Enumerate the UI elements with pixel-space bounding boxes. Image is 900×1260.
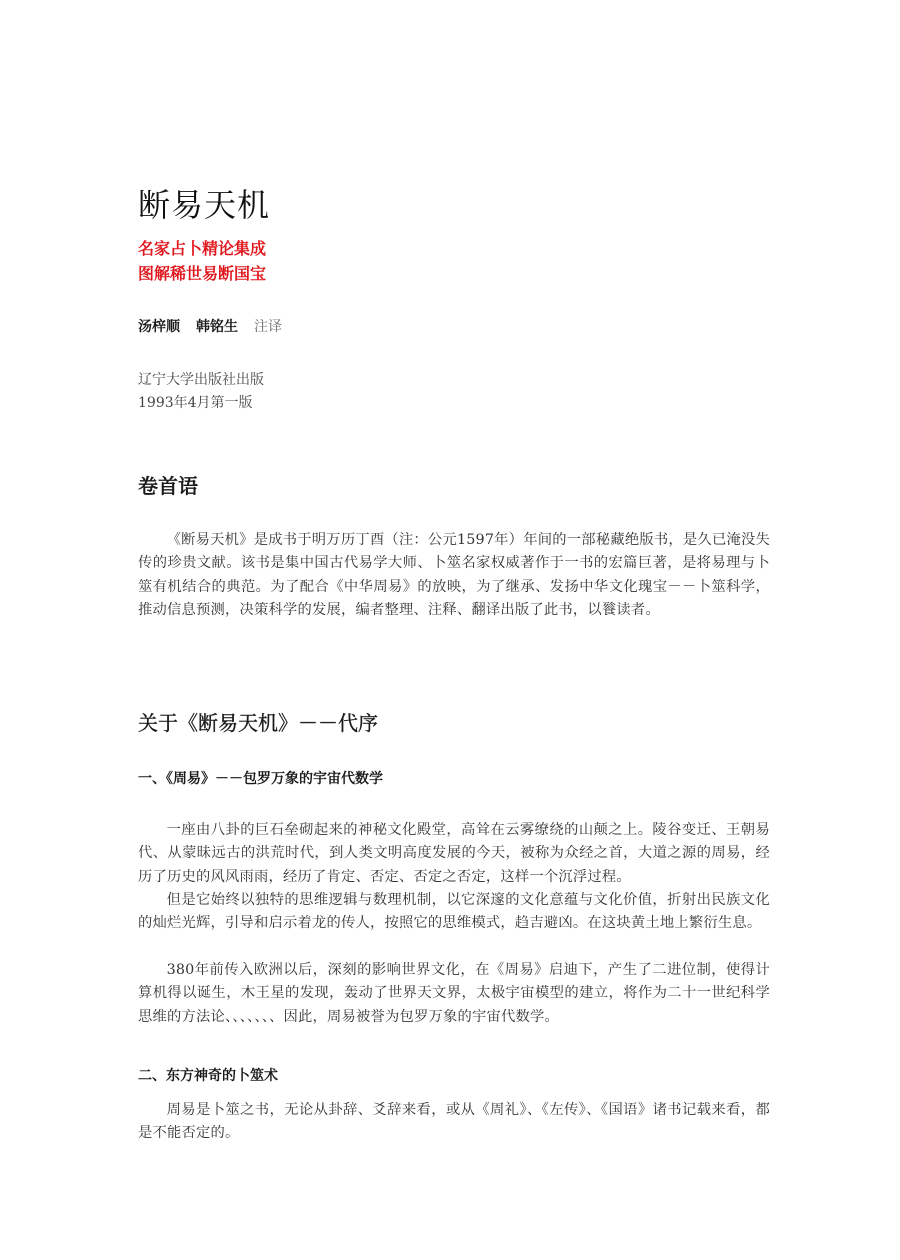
preface-paragraph: 《断易天机》是成书于明万历丁酉（注：公元1597年）年间的一部秘藏绝版书，是久已… [138, 529, 770, 623]
subsection-heading-2: 二、东方神奇的卜筮术 [138, 1065, 278, 1085]
author-name-2: 韩铭生 [196, 319, 238, 335]
book-title: 断易天机 [138, 180, 270, 226]
subsection-2-paragraph-1: 周易是卜筮之书，无论从卦辞、爻辞来看，或从《周礼》、《左传》、《国语》诸书记载来… [138, 1099, 770, 1146]
subsection-1-paragraph-1: 一座由八卦的巨石垒砌起来的神秘文化殿堂，高耸在云雾缭绕的山颠之上。陵谷变迁、王朝… [138, 819, 770, 889]
about-heading: 关于《断易天机》－－代序 [138, 707, 378, 736]
author-role: 注译 [254, 319, 282, 335]
tagline-line-1: 名家占卜精论集成 [138, 236, 266, 261]
preface-heading: 卷首语 [138, 470, 198, 499]
author-credits: 汤梓顺韩铭生注译 [138, 316, 282, 336]
edition-info: 1993年4月第一版 [138, 392, 253, 415]
subsection-1-paragraph-3: 380年前传入欧洲以后，深刻的影响世界文化，在《周易》启迪下，产生了二进位制，使… [138, 959, 770, 1029]
subsection-1-paragraph-2: 但是它始终以独特的思维逻辑与数理机制，以它深邃的文化意蕴与文化价值，折射出民族文… [138, 889, 770, 936]
author-name-1: 汤梓顺 [138, 319, 180, 335]
subsection-heading-1: 一、《周易》－－包罗万象的宇宙代数学 [138, 768, 383, 788]
publisher-name: 辽宁大学出版社出版 [138, 369, 264, 392]
tagline-line-2: 图解稀世易断国宝 [138, 261, 266, 286]
